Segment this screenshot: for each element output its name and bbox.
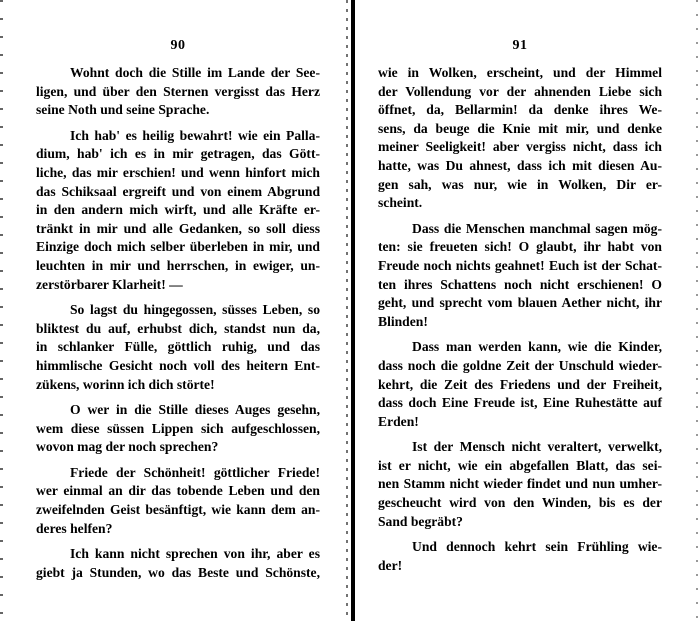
text-line: Friede der Schönheit! göttlicher Friede! xyxy=(36,464,320,483)
text-line: Und dennoch kehrt sein Frühling wie- xyxy=(378,538,662,557)
paragraph: Wohnt doch die Stille im Lande der See- … xyxy=(36,64,320,120)
text-line: wovon mag der noch sprechen? xyxy=(36,438,320,457)
text-line: ten ihres Schattens noch nicht erschiene… xyxy=(378,276,662,295)
text-line: leuchten in mir und herrschen, in ewiger… xyxy=(36,257,320,276)
text-line: zweifelnden Geist besänftigt, wie kann d… xyxy=(36,501,320,520)
text-line: wer einmal an dir das tobende Leben und … xyxy=(36,482,320,501)
text-line: zerstörbarer Klarheit! — xyxy=(36,276,320,295)
text-line: giebt ja Stunden, wo das Beste und Schön… xyxy=(36,564,320,583)
page-number: 90 xyxy=(36,38,320,54)
page-body: Wohnt doch die Stille im Lande der See- … xyxy=(36,64,320,589)
page-edge-left xyxy=(0,0,3,621)
text-line: ten: sie freueten sich! O glaubt, ihr ha… xyxy=(378,238,662,257)
text-line: ist er nicht, wie ein abgefallen Blatt, … xyxy=(378,457,662,476)
text-line: deres helfen? xyxy=(36,520,320,539)
text-line: sens, da beuge die Knie mit mir, und den… xyxy=(378,120,662,139)
paragraph: Friede der Schönheit! göttlicher Friede!… xyxy=(36,464,320,538)
text-line: seine Noth und seine Sprache. xyxy=(36,101,320,120)
text-line: dium, hab' ich es in mir getragen, das G… xyxy=(36,145,320,164)
text-line: wie in Wolken, erscheint, und der Himmel xyxy=(378,64,662,83)
paragraph: Und dennoch kehrt sein Frühling wie- der… xyxy=(378,538,662,575)
text-line: Ich kann nicht sprechen von ihr, aber es xyxy=(36,545,320,564)
paragraph: So lagst du hingegossen, süsses Leben, s… xyxy=(36,301,320,394)
book-spread: 90 Wohnt doch die Stille im Lande der Se… xyxy=(0,0,698,621)
book-spine xyxy=(351,0,355,621)
page-body: wie in Wolken, erscheint, und der Himmel… xyxy=(378,64,662,582)
paragraph: Dass die Menschen manchmal sagen mög- te… xyxy=(378,220,662,332)
page-number: 91 xyxy=(378,38,662,54)
paragraph: wie in Wolken, erscheint, und der Himmel… xyxy=(378,64,662,213)
text-line: dass doch Eine Freude ist, Eine Ruhestät… xyxy=(378,394,662,413)
text-line: wem diese süssen Lippen sich aufgeschlos… xyxy=(36,420,320,439)
text-line: Dass die Menschen manchmal sagen mög- xyxy=(378,220,662,239)
text-line: Erden! xyxy=(378,413,662,432)
text-line: der Vollendung vor der ahnenden Liebe si… xyxy=(378,83,662,102)
text-line: Freude noch nichts geahnet! Euch ist der… xyxy=(378,257,662,276)
text-line: tränkt in mir und alle Gedanken, so soll… xyxy=(36,220,320,239)
text-line: dass noch die goldne Zeit der Unschuld w… xyxy=(378,357,662,376)
text-line: öffnet, da, Bellarmin! da denke ihres We… xyxy=(378,101,662,120)
paragraph: Dass man werden kann, wie die Kinder, da… xyxy=(378,338,662,431)
text-line: kehrt, die Zeit des Friedens und der Fre… xyxy=(378,376,662,395)
text-line: in den andern mich wirft, und alle Kräft… xyxy=(36,201,320,220)
text-line: So lagst du hingegossen, süsses Leben, s… xyxy=(36,301,320,320)
text-line: Ich hab' es heilig bewahrt! wie ein Pall… xyxy=(36,127,320,146)
paragraph: Ich hab' es heilig bewahrt! wie ein Pall… xyxy=(36,127,320,294)
text-line: gen sah, was nur, wie in Wolken, Dir er- xyxy=(378,176,662,195)
text-line: scheint. xyxy=(378,194,662,213)
text-line: gescheucht wird von den Winden, bis es d… xyxy=(378,494,662,513)
text-line: geht, und sprecht vom blauen Aether nich… xyxy=(378,294,662,313)
text-line: der! xyxy=(378,557,662,576)
text-line: Wohnt doch die Stille im Lande der See- xyxy=(36,64,320,83)
text-line: in schlanker Fülle, göttlich ruhig, und … xyxy=(36,338,320,357)
text-line: Ist der Mensch nicht veraltert, verwelkt… xyxy=(378,438,662,457)
gutter-shadow xyxy=(346,0,348,621)
text-line: zükens, worinn ich dich störte! xyxy=(36,376,320,395)
text-line: hatte, was Du ahnest, dass ich mit diese… xyxy=(378,157,662,176)
text-line: Einzige doch mich selber überleben in mi… xyxy=(36,238,320,257)
text-line: ligen, und über den Sternen vergisst das… xyxy=(36,83,320,102)
paragraph: O wer in die Stille dieses Auges gesehn,… xyxy=(36,401,320,457)
text-line: Blinden! xyxy=(378,313,662,332)
text-line: meiner Seeligkeit! aber vergiss nicht, d… xyxy=(378,138,662,157)
paragraph: Ich kann nicht sprechen von ihr, aber es… xyxy=(36,545,320,582)
text-line: Dass man werden kann, wie die Kinder, xyxy=(378,338,662,357)
text-line: O wer in die Stille dieses Auges gesehn, xyxy=(36,401,320,420)
text-line: bliktest du auf, erhubst dich, standst n… xyxy=(36,320,320,339)
text-line: Sand begräbt? xyxy=(378,513,662,532)
left-page: 90 Wohnt doch die Stille im Lande der Se… xyxy=(36,0,320,621)
text-line: das Schiksaal ergreift und von einem Abg… xyxy=(36,183,320,202)
text-line: himmlische Gesicht noch voll des heitern… xyxy=(36,357,320,376)
right-page: 91 wie in Wolken, erscheint, und der Him… xyxy=(378,0,662,621)
text-line: nen Stamm nicht wieder findet und nun um… xyxy=(378,475,662,494)
text-line: liche, das mir erschien! und wenn hinfor… xyxy=(36,164,320,183)
paragraph: Ist der Mensch nicht veraltert, verwelkt… xyxy=(378,438,662,531)
